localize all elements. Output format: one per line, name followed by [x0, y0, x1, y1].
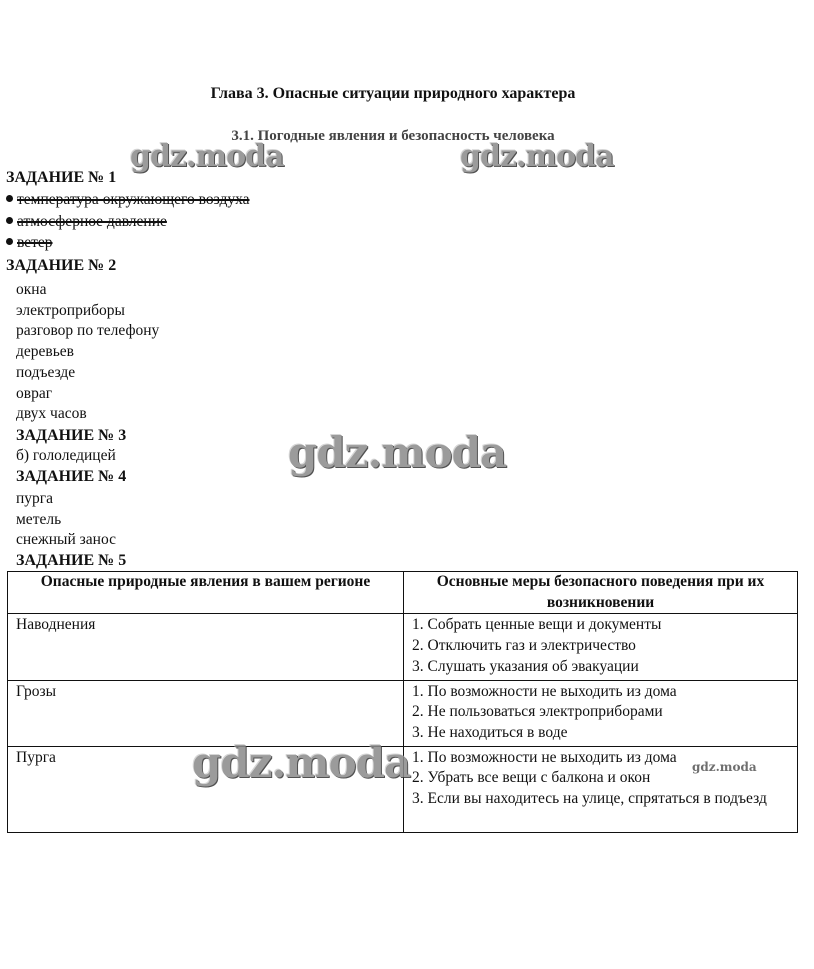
bullet-icon	[6, 195, 13, 202]
bullet-icon	[6, 217, 13, 224]
task-4-list: пурга метель снежный занос	[16, 489, 116, 551]
list-item: пурга	[16, 489, 116, 510]
task-1-item-3: ветер	[17, 234, 53, 251]
phenomenon-cell: Грозы	[8, 680, 404, 746]
measure-item: 3. Не находиться в воде	[412, 723, 789, 744]
task-2-list: окна электроприборы разговор по телефону…	[16, 280, 159, 425]
task-1-item-2: атмосферное давление	[17, 213, 167, 230]
list-item: деревьев	[16, 342, 159, 363]
list-item: овраг	[16, 384, 159, 405]
table-header-row: Опасные природные явления в вашем регион…	[8, 572, 798, 614]
measures-cell: 1. По возможности не выходить из дома 2.…	[404, 746, 798, 832]
task-4-heading: ЗАДАНИЕ № 4	[16, 467, 126, 487]
table-row: Пурга 1. По возможности не выходить из д…	[8, 746, 798, 832]
chapter-title: Глава 3. Опасные ситуации природного хар…	[0, 85, 786, 103]
list-item: электроприборы	[16, 301, 159, 322]
measures-cell: 1. По возможности не выходить из дома 2.…	[404, 680, 798, 746]
bullet-icon	[6, 238, 13, 245]
measure-item: 2. Отключить газ и электричество	[412, 636, 789, 657]
list-item: температура окружающего воздуха	[6, 190, 250, 211]
task-1-heading: ЗАДАНИЕ № 1	[6, 168, 116, 188]
list-item: окна	[16, 280, 159, 301]
task-1-list: температура окружающего воздуха атмосфер…	[6, 190, 250, 254]
list-item: ветер	[6, 233, 250, 254]
measure-item: 2. Не пользоваться электроприборами	[412, 702, 789, 723]
section-title: 3.1. Погодные явления и безопасность чел…	[0, 128, 786, 145]
phenomenon-cell: Наводнения	[8, 614, 404, 680]
table-header-measures: Основные меры безопасного поведения при …	[404, 572, 798, 614]
table-header-phenomena: Опасные природные явления в вашем регион…	[8, 572, 404, 614]
list-item: двух часов	[16, 404, 159, 425]
list-item: подъезде	[16, 363, 159, 384]
list-item: метель	[16, 510, 116, 531]
table-row: Наводнения 1. Собрать ценные вещи и доку…	[8, 614, 798, 680]
watermark-logo: gdz.moda	[288, 428, 506, 477]
measure-item: 3. Слушать указания об эвакуации	[412, 657, 789, 678]
task-5-table: Опасные природные явления в вашем регион…	[7, 571, 798, 833]
phenomenon-cell: Пурга	[8, 746, 404, 832]
table-row: Грозы 1. По возможности не выходить из д…	[8, 680, 798, 746]
measure-item: 1. Собрать ценные вещи и документы	[412, 615, 789, 636]
list-item: разговор по телефону	[16, 321, 159, 342]
task-1-item-1: температура окружающего воздуха	[17, 191, 250, 208]
measure-item: 1. По возможности не выходить из дома	[412, 682, 789, 703]
task-5-heading: ЗАДАНИЕ № 5	[16, 551, 126, 571]
measure-item: 2. Убрать все вещи с балкона и окон	[412, 768, 789, 789]
task-3-heading: ЗАДАНИЕ № 3	[16, 426, 126, 446]
measure-item: 1. По возможности не выходить из дома	[412, 748, 789, 769]
task-3-answer: б) гололедицей	[16, 446, 116, 467]
measures-cell: 1. Собрать ценные вещи и документы 2. От…	[404, 614, 798, 680]
list-item: снежный занос	[16, 530, 116, 551]
measure-item: 3. Если вы находитесь на улице, спрятать…	[412, 789, 789, 810]
task-2-heading: ЗАДАНИЕ № 2	[6, 256, 116, 276]
list-item: атмосферное давление	[6, 212, 250, 233]
